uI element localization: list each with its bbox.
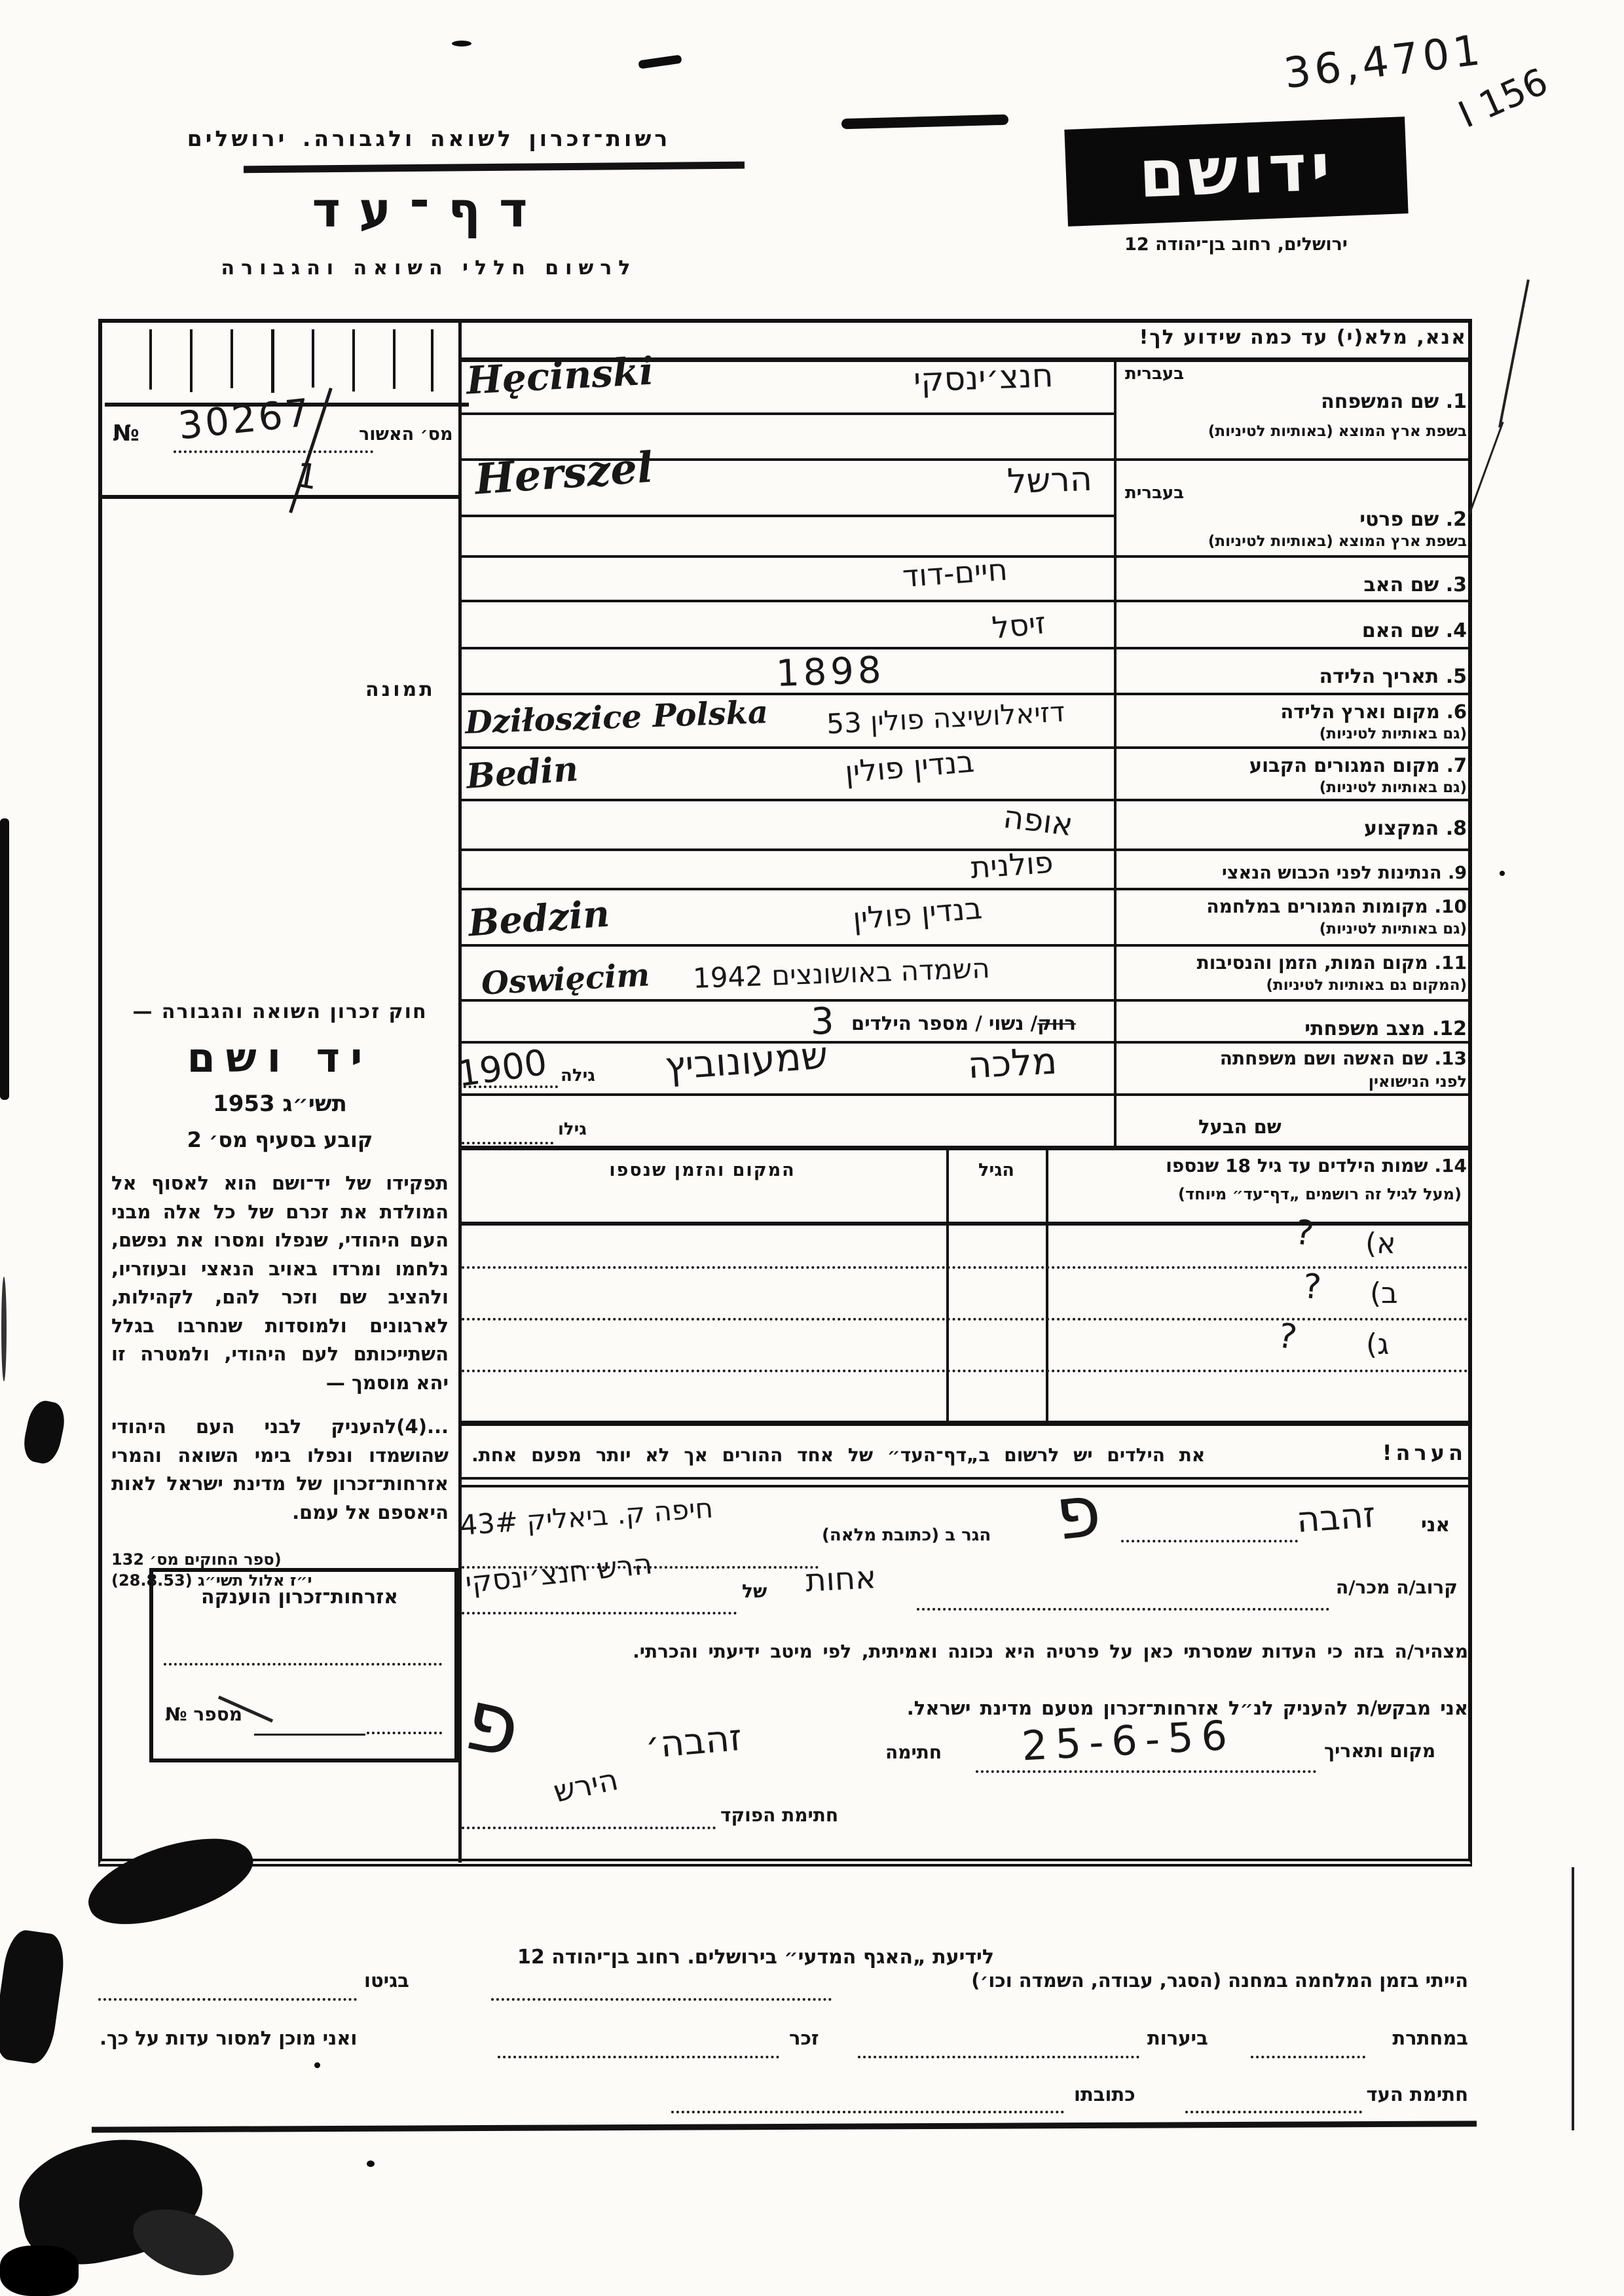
table-row-mark: ? xyxy=(1302,1267,1323,1307)
stamp-address: ירושלים, רחוב בן־יהודה 12 xyxy=(1048,234,1424,255)
field7-sublabel: (גם באותיות לטיניות) xyxy=(1319,779,1467,796)
field2-label: 2. שם פרטי xyxy=(1359,508,1467,531)
field9-label: 9. הנתינות לפני הכבוש הנאצי xyxy=(1222,863,1467,883)
field6-sublabel: (גם באותיות לטיניות) xyxy=(1319,725,1467,742)
field6-label: 6. מקום וארץ הלידה xyxy=(1280,701,1467,723)
law-year: תשי״ג 1953 xyxy=(111,1091,449,1117)
field13-age-label: גילה xyxy=(561,1066,595,1085)
field2-line-1 xyxy=(462,515,1114,517)
field7-label: 7. מקום המגורים הקבוע xyxy=(1249,754,1467,776)
counter-tick xyxy=(431,329,434,392)
ink-speck xyxy=(367,2160,375,2167)
field12-options: רווק/ נשוי / מספר הילדים xyxy=(851,1012,1076,1034)
counter-tick xyxy=(190,329,193,392)
husband-age-line xyxy=(462,1142,553,1144)
declarant-name-line xyxy=(1121,1540,1298,1542)
field12-label: 12. מצב משפחתי xyxy=(1304,1017,1467,1040)
other-line xyxy=(498,2056,779,2058)
table-header-rule xyxy=(462,1222,1468,1226)
approval-row-underline xyxy=(100,495,462,499)
field4-line xyxy=(462,647,1468,649)
address-label: הגר ב (כתובת מלאה) xyxy=(822,1525,991,1545)
law-section: קובע בסעיף מס׳ 2 xyxy=(111,1127,449,1152)
field12-options-rest: / נשוי / מספר הילדים xyxy=(851,1012,1037,1034)
law-paragraph-2: ...(4)להעניק לבני העם היהודי שהושמדו ונפ… xyxy=(111,1413,449,1527)
declarant-name-handwritten: זהבה xyxy=(1295,1494,1377,1540)
signature-label: חתימה xyxy=(885,1741,942,1763)
husband-age-label: גילו xyxy=(558,1120,587,1139)
field12-option-struck: רווק xyxy=(1037,1012,1076,1034)
field5-line xyxy=(462,693,1468,695)
field4-value: זיסל xyxy=(990,605,1047,646)
table-row-line xyxy=(462,1318,1468,1321)
field3-line xyxy=(462,600,1468,602)
org-title: רשות־זכרון לשואה ולגבורה. ירושלים xyxy=(134,126,724,151)
deceased-name-line xyxy=(462,1612,737,1614)
handwritten-file-number: 36,4701 xyxy=(1282,26,1486,99)
field5-value: 1898 xyxy=(775,649,886,695)
ink-blot xyxy=(20,1398,69,1466)
witness-address-line xyxy=(671,2111,1064,2113)
approval-label: מס׳ האשור xyxy=(359,424,452,445)
counter-tick xyxy=(393,329,396,389)
note-bottom-rule-1 xyxy=(462,1477,1468,1480)
field9-line xyxy=(462,888,1468,890)
counter-tick xyxy=(149,329,152,390)
counter-tick xyxy=(312,329,314,388)
testify-label: ואני מוכן למסור עדות על כך. xyxy=(100,2027,357,2049)
citizenship-request: אני מבקש/ת להעניק לנ״ל אזרחות־זכרון מטעם… xyxy=(786,1697,1468,1719)
of-label: של xyxy=(742,1580,767,1602)
field10-sublabel: (גם באותיות לטיניות) xyxy=(1319,920,1467,938)
photo-placeholder-label: תמונה xyxy=(365,678,435,701)
declaration-statement: מצהיר/ה בזה כי העדות שמסרתי כאן על פרטיה… xyxy=(462,1641,1468,1662)
citizenship-number-label: מספר № xyxy=(165,1704,242,1725)
law-heading: חוק זכרון השואה והגבורה — xyxy=(111,1000,449,1023)
approval-no-sign: № xyxy=(113,420,139,446)
approval-number-line xyxy=(174,450,373,453)
field1-label: 1. שם המשפחה xyxy=(1321,390,1467,413)
scanned-testimony-page: רשות־זכרון לשואה ולגבורה. ירושלים דף־עד … xyxy=(0,0,1624,2296)
underground-label: במחתרת xyxy=(1392,2027,1468,2049)
field11-line xyxy=(462,999,1468,1002)
field11-sublabel: (המקום גם באותיות לטיניות) xyxy=(1266,977,1467,994)
ink-speck xyxy=(314,2062,320,2068)
ghetto-label: בגיטו xyxy=(364,1969,409,1992)
citizenship-number-line xyxy=(254,1734,365,1736)
field3-label: 3. שם האב xyxy=(1363,574,1467,596)
ink-smear xyxy=(841,115,1008,130)
table-bottom-rule xyxy=(462,1421,1468,1426)
citizenship-box-title: אזרחות־זכרון הוענקה xyxy=(157,1586,442,1609)
scan-streak xyxy=(0,818,9,1100)
counter-tick xyxy=(271,329,274,393)
witness-signature-line xyxy=(1185,2111,1362,2113)
clerk-signature-line xyxy=(462,1827,716,1829)
ink-blot xyxy=(0,2246,79,2296)
underground-line xyxy=(1251,2056,1365,2058)
info-line: לידיעת „האגף המדעי״ בירושלים. רחוב בן־יה… xyxy=(517,1946,994,1969)
field11-label: 11. מקום המות, הזמן והנסיבות xyxy=(1197,952,1467,974)
other-label: זכר xyxy=(789,2027,819,2049)
witness-address-label: כתובתו xyxy=(1074,2083,1135,2105)
camp-line xyxy=(491,1998,832,2001)
declaration-i-label: אני xyxy=(1421,1514,1450,1537)
scan-streak xyxy=(1,1277,7,1381)
field1-line-1 xyxy=(462,412,1114,415)
ink-speck xyxy=(1500,871,1505,876)
ink-smear xyxy=(452,41,471,46)
note-label: הערה! xyxy=(1382,1440,1467,1465)
field13-age-line xyxy=(458,1085,558,1088)
note-text: את הילדים יש לרשום ב„דף־העד״ של אחד ההור… xyxy=(471,1444,1205,1466)
signature-handwritten: זהבה׳ xyxy=(643,1717,743,1768)
field5-label: 5. תאריך הלידה xyxy=(1319,665,1467,688)
table-row-letter: א) xyxy=(1365,1227,1396,1260)
org-title-underline xyxy=(244,162,745,173)
field8-label: 8. המקצוע xyxy=(1364,817,1467,840)
field13-label: 13. שם האשה ושם משפחתה xyxy=(1220,1048,1467,1069)
stamp-text: ידושם xyxy=(1064,117,1408,225)
field13-sublabel: לפני הנישואין xyxy=(1369,1072,1467,1091)
field8-line xyxy=(462,848,1468,851)
pen-stroke xyxy=(1498,280,1530,428)
field1-value-hebrew: חנצ׳ינסקי xyxy=(913,356,1054,399)
footer-bottom-rule xyxy=(92,2121,1477,2132)
table-row-letter: ג) xyxy=(1366,1328,1389,1361)
table-col-age: הגיל xyxy=(949,1160,1044,1180)
table-divider-age-right xyxy=(1046,1147,1048,1422)
pen-stroke xyxy=(1468,422,1504,515)
field13-line xyxy=(462,1093,1468,1096)
field2-value-hebrew: הרשל xyxy=(1006,460,1093,501)
field10-label: 10. מקומות המגורים במלחמה xyxy=(1206,896,1467,917)
forests-line xyxy=(858,2056,1139,2058)
fill-instruction: אנא, מלא(י) עד כמה שידוע לך! xyxy=(1139,326,1467,349)
field1-sublabel: בשפת ארץ המוצא (באותיות לטיניות) xyxy=(1208,423,1467,440)
forests-label: ביערות xyxy=(1147,2027,1208,2049)
field9-value: פולנית xyxy=(969,845,1054,886)
declarant-initial-handwritten: פ xyxy=(1051,1468,1105,1556)
field4-label: 4. שם האם xyxy=(1362,619,1467,642)
law-source-1: (ספר החוקים מס׳ 132 xyxy=(111,1550,449,1569)
field12-line xyxy=(462,1041,1468,1044)
camp-label: הייתי בזמן המלחמה במחנה (הסגר, עבודה, הש… xyxy=(971,1969,1468,1992)
table-title-note: (מעל לגיל זה רושמים „דף־עד״ מיוחד) xyxy=(1178,1185,1462,1203)
field1-hebrew-hint: בעברית xyxy=(1125,364,1184,384)
form-title: דף־עד xyxy=(134,182,724,238)
relation-line xyxy=(917,1608,1329,1611)
field7-value-latin: Bedin xyxy=(465,749,580,797)
table-title: 14. שמות הילדים עד גיל 18 שנספו xyxy=(1166,1155,1467,1176)
law-name: יד ושם xyxy=(111,1034,449,1082)
ink-blot xyxy=(0,1928,67,2066)
field2-sublabel: בשפת ארץ המוצא (באותיות לטיניות) xyxy=(1208,533,1467,550)
law-box: חוק זכרון השואה והגבורה — יד ושם תשי״ג 1… xyxy=(111,1000,449,1590)
clerk-signature-label: חתימת הפוקד xyxy=(720,1804,838,1826)
relation-handwritten: אחות xyxy=(805,1559,877,1599)
citizenship-box-line xyxy=(164,1663,442,1666)
field10-line xyxy=(462,944,1468,947)
counter-tick xyxy=(352,329,355,392)
field2-hebrew-hint: בעברית xyxy=(1125,483,1184,503)
table-row-line xyxy=(462,1370,1468,1372)
place-date-label: מקום ותאריך xyxy=(1324,1740,1435,1762)
field7-line xyxy=(462,799,1468,801)
table-col-place: המקום והזמן שנספו xyxy=(462,1160,943,1180)
table-top-rule xyxy=(462,1146,1468,1150)
table-row-letter: ב) xyxy=(1370,1277,1398,1310)
form-subtitle: לרשום חללי השואה והגבורה xyxy=(134,257,724,280)
field3-value: חיים-דוד xyxy=(901,551,1008,594)
note-bottom-rule-2 xyxy=(462,1485,1468,1487)
counter-tick xyxy=(231,329,233,388)
law-paragraph-1: תפקידו של יד־ושם הוא לאסוף אל המולדת את … xyxy=(111,1169,449,1397)
yad-vashem-stamp: ידושם xyxy=(1064,117,1408,227)
date-line xyxy=(976,1770,1316,1773)
label-column-divider xyxy=(1114,360,1116,1147)
footer-right-border xyxy=(1572,1867,1574,2130)
husband-label: שם הבעל xyxy=(1198,1116,1282,1138)
relation-label: קרוב/ה מכר/ה xyxy=(1336,1576,1458,1598)
ink-smear xyxy=(638,54,682,69)
ghetto-line xyxy=(98,1998,357,2001)
table-divider-age-left xyxy=(946,1147,949,1422)
citizenship-number-line-dotted xyxy=(367,1732,442,1734)
witness-signature-label: חתימת העד xyxy=(1367,2083,1468,2105)
field13-value-first: מלכה xyxy=(967,1040,1058,1087)
